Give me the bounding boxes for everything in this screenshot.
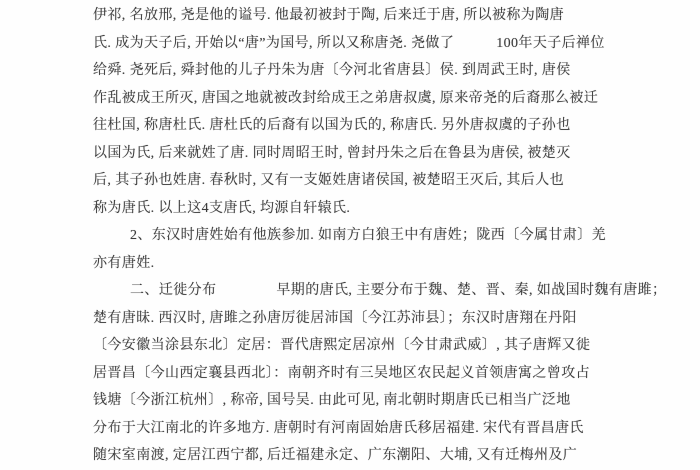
text-segment: 以国为氏, 后来就姓了唐. 同时周昭王时, 曾封丹朱之后在鲁县为唐侯, 被楚灭	[93, 146, 571, 161]
document-page: 伊祁, 名放邢, 尧是他的谥号. 他最初被封于陶, 后来迁于唐, 所以被称为陶唐…	[0, 0, 700, 470]
text-segment: 早期的唐氏, 主要分布于魏、楚、晋、秦, 如战国时魏有唐雎；	[276, 283, 666, 298]
text-segment: 100年天子后禅位	[496, 36, 605, 51]
document-text-block: 伊祁, 名放邢, 尧是他的谥号. 他最初被封于陶, 后来迁于唐, 所以被称为陶唐…	[93, 2, 653, 470]
text-segment: 称为唐氏. 以上这4支唐氏, 均源自轩辕氏.	[93, 201, 350, 216]
text-line: 给舜. 尧死后, 舜封他的儿子丹朱为唐〔今河北省唐县〕侯. 到周武王时, 唐侯	[93, 57, 653, 85]
text-line: 随宋室南渡, 定居江西宁都, 后迁福建永定、广东潮阳、大埔, 又有迁梅州及广	[93, 442, 653, 470]
text-line: 作乱被成王所灭, 唐国之地就被改封给成王之弟唐叔虞, 原来帝尧的后裔那么被迁	[93, 85, 653, 113]
text-segment: 钱塘〔今浙江杭州〕, 称帝, 国号吴. 由此可见, 南北朝时期唐氏已相当广泛地	[93, 393, 571, 408]
text-segment: 给舜. 尧死后, 舜封他的儿子丹朱为唐〔今河北省唐县〕侯. 到周武王时, 唐侯	[93, 63, 571, 78]
text-segment: 亦有唐姓.	[93, 256, 155, 271]
text-line: 以国为氏, 后来就姓了唐. 同时周昭王时, 曾封丹朱之后在鲁县为唐侯, 被楚灭	[93, 140, 653, 168]
text-segment: 作乱被成王所灭, 唐国之地就被改封给成王之弟唐叔虞, 原来帝尧的后裔那么被迁	[93, 91, 598, 106]
text-line: 钱塘〔今浙江杭州〕, 称帝, 国号吴. 由此可见, 南北朝时期唐氏已相当广泛地	[93, 387, 653, 415]
text-segment: 居晋昌〔今山西定襄县西北〕：南朝齐时有三吴地区农民起义首领唐寓之曾攻占	[93, 366, 590, 381]
text-line: 2、东汉时唐姓始有他族参加. 如南方白狼王中有唐姓；陇西〔今属甘肃〕羌	[93, 222, 653, 250]
text-line: 〔今安徽当涂县东北〕定居：晋代唐熙定居凉州〔今甘肃武威〕, 其子唐辉又徙	[93, 332, 653, 360]
text-line: 后, 其子孙也姓唐. 春秋时, 又有一支姬姓唐诸侯国, 被楚昭王灭后, 其后人也	[93, 167, 653, 195]
text-line: 氏. 成为天子后, 开始以“唐”为国号, 所以又称唐尧. 尧做了100年天子后禅…	[93, 30, 653, 58]
text-segment: 分布于大江南北的许多地方. 唐朝时有河南固始唐氏移居福建. 宋代有晋昌唐氏	[93, 421, 584, 436]
text-line: 称为唐氏. 以上这4支唐氏, 均源自轩辕氏.	[93, 195, 653, 223]
inline-gap	[454, 46, 496, 47]
text-line: 分布于大江南北的许多地方. 唐朝时有河南固始唐氏移居福建. 宋代有晋昌唐氏	[93, 415, 653, 443]
text-line: 二、迁徙分布早期的唐氏, 主要分布于魏、楚、晋、秦, 如战国时魏有唐雎；	[93, 277, 653, 305]
text-line: 楚有唐昧. 西汉时, 唐雎之孙唐厉徙居沛国〔今江苏沛县〕；东汉时唐翔在丹阳	[93, 305, 653, 333]
text-segment: 氏. 成为天子后, 开始以“唐”为国号, 所以又称唐尧. 尧做了	[93, 36, 454, 51]
inline-gap	[216, 293, 276, 294]
text-line: 伊祁, 名放邢, 尧是他的谥号. 他最初被封于陶, 后来迁于唐, 所以被称为陶唐	[93, 2, 653, 30]
text-line: 亦有唐姓.	[93, 250, 653, 278]
text-segment: 后, 其子孙也姓唐. 春秋时, 又有一支姬姓唐诸侯国, 被楚昭王灭后, 其后人也	[93, 173, 564, 188]
text-segment: 随宋室南渡, 定居江西宁都, 后迁福建永定、广东潮阳、大埔, 又有迁梅州及广	[93, 448, 577, 463]
text-segment: 伊祁, 名放邢, 尧是他的谥号. 他最初被封于陶, 后来迁于唐, 所以被称为陶唐	[93, 8, 564, 23]
text-segment: 楚有唐昧. 西汉时, 唐雎之孙唐厉徙居沛国〔今江苏沛县〕；东汉时唐翔在丹阳	[93, 311, 577, 326]
text-line: 往杜国, 称唐杜氏. 唐杜氏的后裔有以国为氏的, 称唐氏. 另外唐叔虞的子孙也	[93, 112, 653, 140]
text-line: 居晋昌〔今山西定襄县西北〕：南朝齐时有三吴地区农民起义首领唐寓之曾攻占	[93, 360, 653, 388]
text-segment: 二、迁徙分布	[130, 283, 216, 298]
text-segment: 2、东汉时唐姓始有他族参加. 如南方白狼王中有唐姓；陇西〔今属甘肃〕羌	[130, 228, 606, 243]
text-segment: 〔今安徽当涂县东北〕定居：晋代唐熙定居凉州〔今甘肃武威〕, 其子唐辉又徙	[93, 338, 590, 353]
text-segment: 往杜国, 称唐杜氏. 唐杜氏的后裔有以国为氏的, 称唐氏. 另外唐叔虞的子孙也	[93, 118, 571, 133]
